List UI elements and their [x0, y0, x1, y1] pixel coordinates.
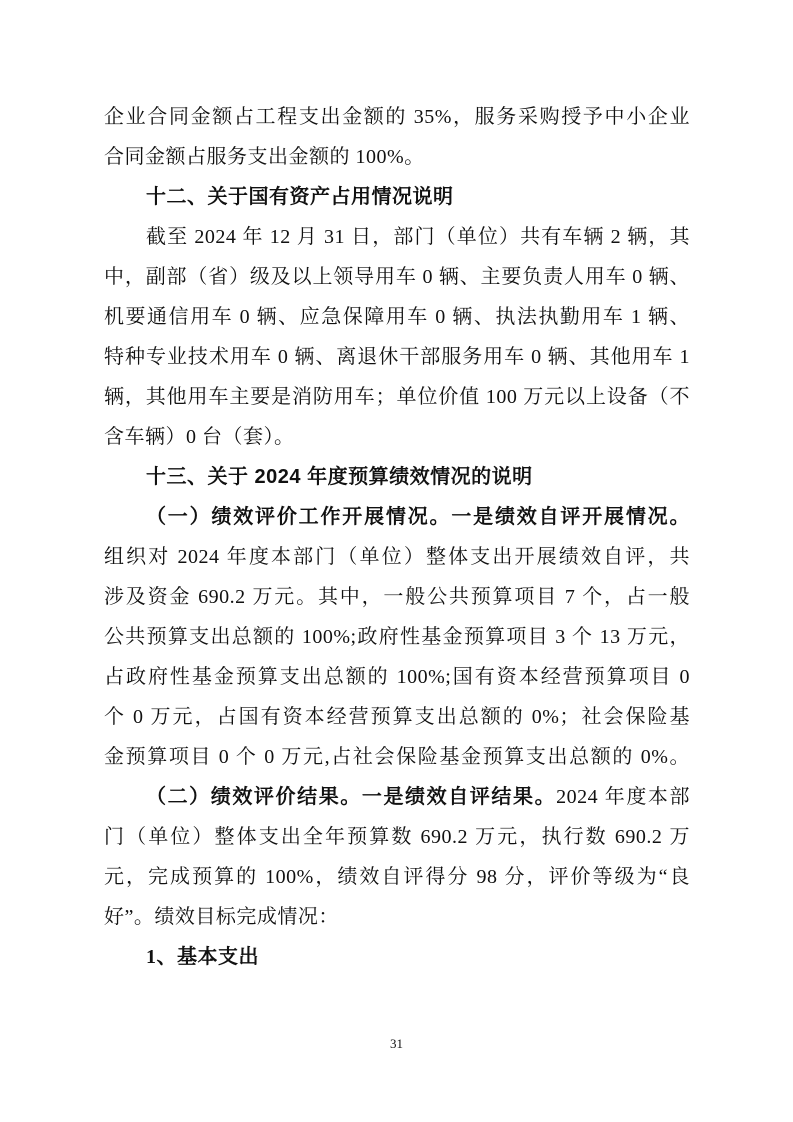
heading-section-12: 十二、关于国有资产占用情况说明 [104, 177, 690, 217]
heading-section-13: 十三、关于 2024 年度预算绩效情况的说明 [104, 457, 690, 497]
paragraph-line: 元，完成预算的 100%，绩效自评得分 98 分，评价等级为“良 [104, 857, 690, 897]
paragraph-line: 合同金额占服务支出金额的 100%。 [104, 137, 690, 177]
subheading-performance-evaluation: （一）绩效评价工作开展情况。一是绩效自评开展情况。 [104, 497, 690, 537]
paragraph-text: 2024 年度本部 [556, 786, 690, 808]
paragraph-line: 机要通信用车 0 辆、应急保障用车 0 辆、执法执勤用车 1 辆、 [104, 297, 690, 337]
paragraph-line: 组织对 2024 年度本部门（单位）整体支出开展绩效自评，共 [104, 537, 690, 577]
document-body: 企业合同金额占工程支出金额的 35%，服务采购授予中小企业 合同金额占服务支出金… [104, 97, 690, 977]
paragraph-line: 好”。绩效目标完成情况： [104, 897, 690, 937]
paragraph-line: 占政府性基金预算支出总额的 100%;国有资本经营预算项目 0 [104, 657, 690, 697]
paragraph-line: 金预算项目 0 个 0 万元,占社会保险基金预算支出总额的 0%。 [104, 737, 690, 777]
document-page: 企业合同金额占工程支出金额的 35%，服务采购授予中小企业 合同金额占服务支出金… [0, 0, 793, 1122]
subheading-basic-expenditure: 1、基本支出 [104, 937, 690, 977]
paragraph-line: 企业合同金额占工程支出金额的 35%，服务采购授予中小企业 [104, 97, 690, 137]
paragraph-line: 个 0 万元，占国有资本经营预算支出总额的 0%；社会保险基 [104, 697, 690, 737]
paragraph-line: 含车辆）0 台（套）。 [104, 417, 690, 457]
paragraph-line: （二）绩效评价结果。一是绩效自评结果。2024 年度本部 [104, 777, 690, 817]
paragraph-line: 辆，其他用车主要是消防用车；单位价值 100 万元以上设备（不 [104, 377, 690, 417]
page-number: 31 [0, 1036, 793, 1052]
paragraph-line: 公共预算支出总额的 100%;政府性基金预算项目 3 个 13 万元， [104, 617, 690, 657]
paragraph-line: 门（单位）整体支出全年预算数 690.2 万元，执行数 690.2 万 [104, 817, 690, 857]
subheading-evaluation-results: （二）绩效评价结果。一是绩效自评结果。 [146, 786, 556, 808]
paragraph-line: 截至 2024 年 12 月 31 日，部门（单位）共有车辆 2 辆，其 [104, 217, 690, 257]
paragraph-line: 中，副部（省）级及以上领导用车 0 辆、主要负责人用车 0 辆、 [104, 257, 690, 297]
paragraph-line: 涉及资金 690.2 万元。其中，一般公共预算项目 7 个，占一般 [104, 577, 690, 617]
paragraph-line: 特种专业技术用车 0 辆、离退休干部服务用车 0 辆、其他用车 1 [104, 337, 690, 377]
